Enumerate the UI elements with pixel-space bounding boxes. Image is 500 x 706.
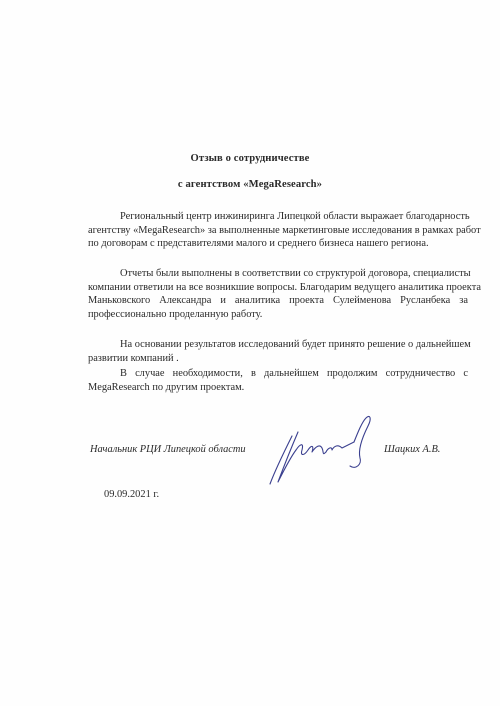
paragraph-line: Региональный центр инжиниринга Липецкой … [88,210,468,224]
document-subtitle: с агентством «MegaResearch» [0,179,500,190]
paragraph-line: В случае необходимости, в дальнейшем про… [88,367,468,381]
paragraph-line: компании ответили на все возникшие вопро… [88,281,468,295]
signatory-role: Начальник РЦИ Липецкой области [90,444,246,455]
paragraph-future-cooperation: В случае необходимости, в дальнейшем про… [88,367,468,394]
paragraph-gratitude: Региональный центр инжиниринга Липецкой … [88,210,468,251]
paragraph-line: агентству «MegaResearch» за выполненные … [88,224,468,238]
paragraph-line: по договорам с представителями малого и … [88,237,468,251]
handwritten-signature-icon [262,412,380,490]
paragraph-reports: Отчеты были выполнены в соответствии со … [88,267,468,321]
paragraph-line: Отчеты были выполнены в соответствии со … [88,267,468,281]
paragraph-line: профессионально проделанную работу. [88,308,468,322]
paragraph-line: развитии компаний . [88,352,468,366]
paragraph-decision: На основании результатов исследований бу… [88,338,468,365]
paragraph-line: Маньковского Александра и аналитика прое… [88,294,468,308]
paragraph-line: MegaResearch по другим проектам. [88,381,468,395]
document-date: 09.09.2021 г. [104,489,159,500]
document-page: Отзыв о сотрудничестве с агентством «Meg… [0,0,500,706]
paragraph-line: На основании результатов исследований бу… [88,338,468,352]
document-title: Отзыв о сотрудничестве [0,153,500,164]
signatory-name: Шацких А.В. [384,444,440,455]
